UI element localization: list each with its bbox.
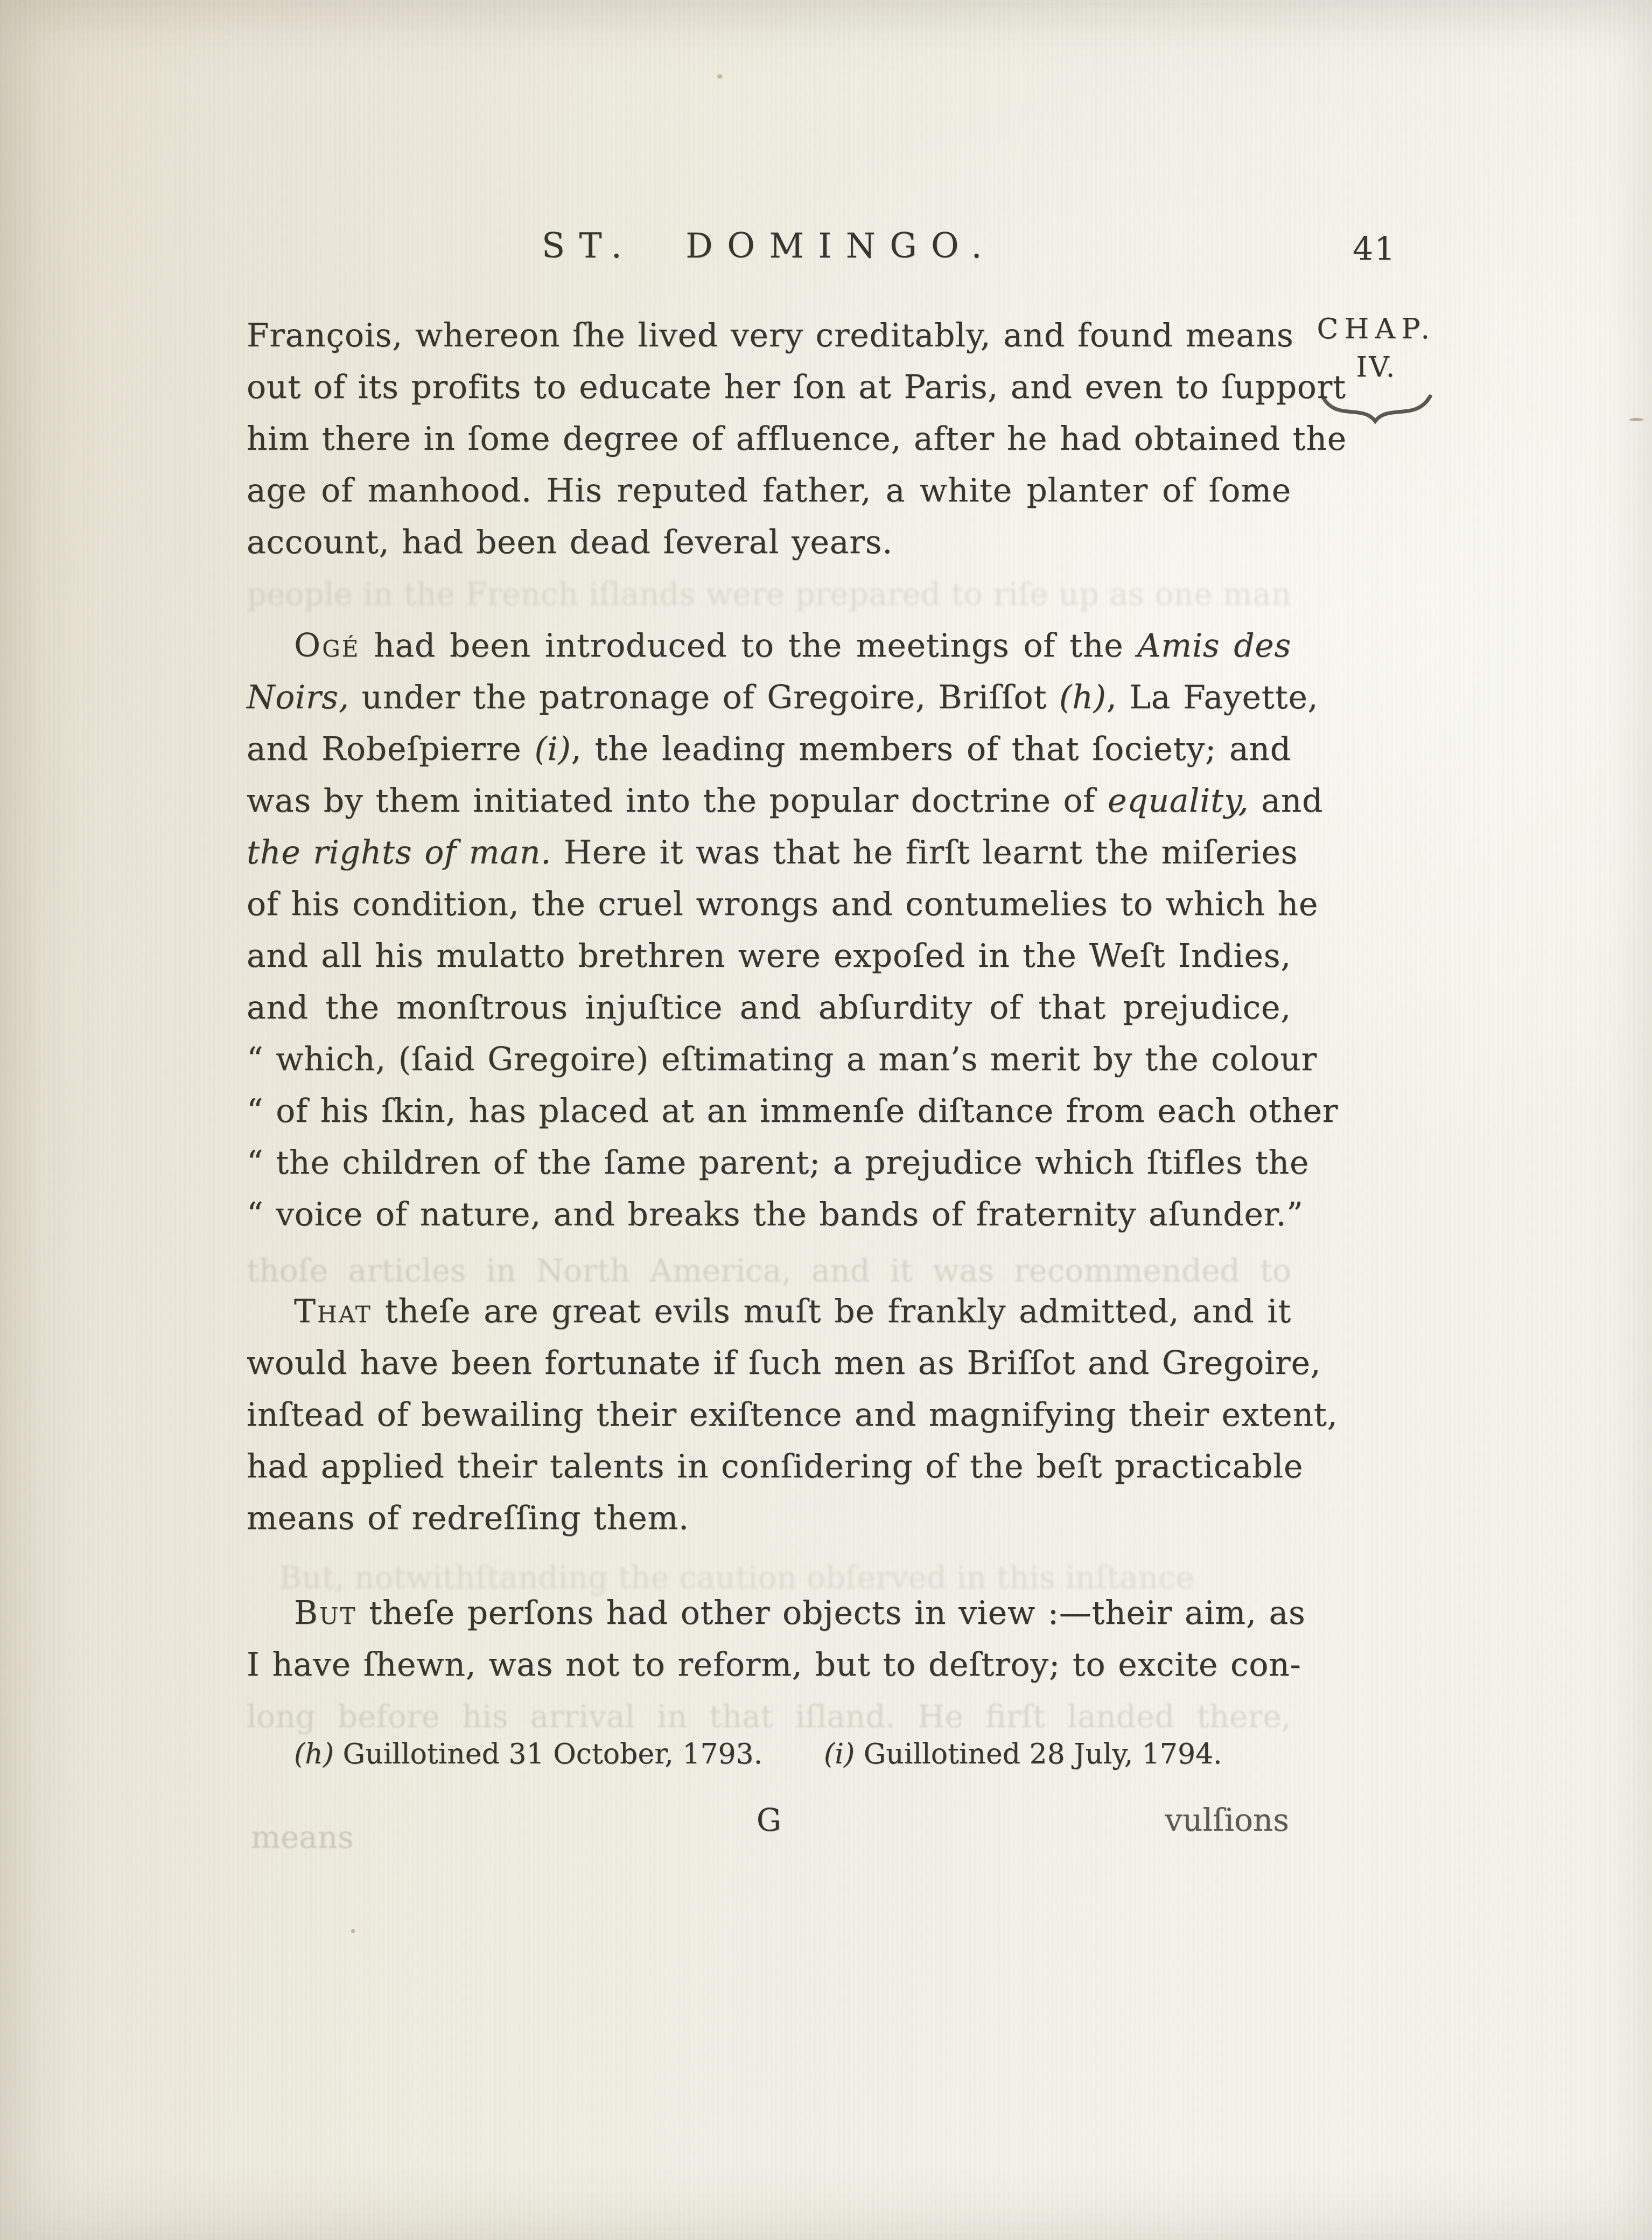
- text-segment: François, whereon ſhe lived very credita…: [247, 317, 1294, 354]
- text-line: I have ſhewn, was not to reform, but to …: [247, 1639, 1291, 1691]
- footnote-h: (h) Guillotined 31 October, 1793.: [294, 1733, 762, 1776]
- signature-row: G vulſions: [247, 1801, 1291, 1839]
- text-segment: and: [1249, 782, 1323, 820]
- text-segment: Ogé: [294, 627, 360, 665]
- footnote-i: (i) Guillotined 28 July, 1794.: [824, 1733, 1222, 1776]
- page-number: 41: [1353, 231, 1396, 268]
- text-segment: Here it was that he firſt learnt the miſ…: [551, 834, 1298, 871]
- text-segment: That: [294, 1293, 372, 1330]
- text-segment: and all his mulatto brethren were expoſe…: [247, 937, 1291, 975]
- text-line: Noirs, under the patronage of Gregoire, …: [247, 672, 1291, 723]
- catchword: vulſions: [1165, 1801, 1289, 1839]
- text-segment: had been introduced to the meetings of t…: [360, 627, 1137, 665]
- text-line: out of its profits to educate her ſon at…: [247, 361, 1291, 413]
- text-segment: out of its profits to educate her ſon at…: [247, 368, 1346, 406]
- text-segment: Noirs,: [247, 679, 349, 716]
- text-segment: “ which, (ſaid Gregoire) eſtimating a ma…: [247, 1041, 1317, 1078]
- text-line: would have been fortunate if ſuch men as…: [247, 1337, 1291, 1389]
- text-segment: “ voice of nature, and breaks the bands …: [247, 1196, 1304, 1233]
- text-segment: him there in ſome degree of affluence, a…: [247, 420, 1347, 458]
- text-segment: age of manhood. His reputed father, a wh…: [247, 472, 1291, 510]
- text-segment: was by them initiated into the popular d…: [247, 782, 1108, 820]
- text-line: and all his mulatto brethren were expoſe…: [247, 930, 1291, 982]
- signature-mark: G: [757, 1801, 781, 1839]
- text-line: the rights of man. Here it was that he f…: [247, 827, 1291, 878]
- text-line: “ the children of the ſame parent; a pre…: [247, 1137, 1291, 1189]
- text-line: “ voice of nature, and breaks the bands …: [247, 1189, 1291, 1240]
- text-segment: had applied their talents in conſidering…: [247, 1448, 1303, 1485]
- text-segment: would have been fortunate if ſuch men as…: [247, 1344, 1321, 1382]
- text-line: inſtead of bewailing their exiſtence and…: [247, 1389, 1291, 1441]
- text-segment: “ of his ſkin, has placed at an immenſe …: [247, 1092, 1338, 1130]
- text-segment: But: [294, 1594, 357, 1632]
- text-segment: Amis des: [1137, 627, 1291, 665]
- text-line: Ogé had been introduced to the meetings …: [247, 620, 1291, 672]
- text-line: But theſe perſons had other objects in v…: [247, 1587, 1291, 1639]
- running-header-title-left: ST.: [542, 226, 636, 266]
- text-segment: theſe are great evils muſt be frankly ad…: [372, 1293, 1291, 1330]
- text-segment: the rights of man.: [247, 834, 551, 871]
- text-line: François, whereon ſhe lived very credita…: [247, 310, 1291, 361]
- text-segment: equality,: [1108, 782, 1249, 820]
- book-page-scan: ST.DOMINGO. 41 CHAP. IV. François, where…: [0, 0, 1652, 2240]
- paper-speck: [1629, 418, 1643, 421]
- text-segment: means of redreſſing them.: [247, 1499, 689, 1537]
- text-line: and Robeſpierre (i), the leading members…: [247, 723, 1291, 775]
- text-segment: Guillotined 31 October, 1793.: [334, 1738, 762, 1770]
- text-segment: , the leading members of that ſociety; a…: [571, 730, 1291, 768]
- text-line: and the monſtrous injuſtice and abſurdit…: [247, 982, 1291, 1034]
- text-segment: I have ſhewn, was not to reform, but to …: [247, 1646, 1301, 1684]
- text-segment: inſtead of bewailing their exiſtence and…: [247, 1396, 1338, 1434]
- text-line: means of redreſſing them.: [247, 1492, 1291, 1544]
- body-text: François, whereon ſhe lived very credita…: [247, 310, 1291, 1691]
- text-segment: theſe perſons had other objects in view …: [357, 1594, 1306, 1632]
- text-line: age of manhood. His reputed father, a wh…: [247, 465, 1291, 517]
- text-segment: of his condition, the cruel wrongs and c…: [247, 885, 1318, 923]
- running-header-title-right: DOMINGO.: [685, 226, 996, 266]
- text-segment: (h): [294, 1738, 334, 1770]
- paragraph: François, whereon ſhe lived very credita…: [247, 310, 1291, 568]
- text-segment: “ the children of the ſame parent; a pre…: [247, 1144, 1309, 1182]
- text-line: of his condition, the cruel wrongs and c…: [247, 878, 1291, 930]
- paper-speck: [351, 1929, 355, 1933]
- page-footer-area: (h) Guillotined 31 October, 1793. (i) Gu…: [247, 1691, 1291, 1839]
- text-segment: under the patronage of Gregoire, Briſſot: [349, 679, 1059, 716]
- text-line: had applied their talents in conſidering…: [247, 1441, 1291, 1492]
- text-segment: and the monſtrous injuſtice and abſurdit…: [247, 989, 1291, 1027]
- text-line: was by them initiated into the popular d…: [247, 775, 1291, 827]
- text-line: him there in ſome degree of affluence, a…: [247, 413, 1291, 465]
- paragraph: Ogé had been introduced to the meetings …: [247, 620, 1291, 1240]
- text-segment: account, had been dead ſeveral years.: [247, 524, 893, 561]
- paragraph: But theſe perſons had other objects in v…: [247, 1587, 1291, 1691]
- paragraph: That theſe are great evils muſt be frank…: [247, 1286, 1291, 1544]
- paper-speck: [717, 74, 723, 79]
- text-segment: (i): [824, 1738, 855, 1770]
- running-header: ST.DOMINGO.: [247, 226, 1291, 266]
- text-segment: Guillotined 28 July, 1794.: [855, 1738, 1222, 1770]
- text-segment: (i): [534, 730, 571, 768]
- text-segment: and Robeſpierre: [247, 730, 534, 768]
- text-line: “ of his ſkin, has placed at an immenſe …: [247, 1085, 1291, 1137]
- text-line: “ which, (ſaid Gregoire) eſtimating a ma…: [247, 1034, 1291, 1085]
- footnotes: (h) Guillotined 31 October, 1793. (i) Gu…: [247, 1733, 1291, 1776]
- chapter-label: CHAP.: [1307, 311, 1445, 347]
- text-line: That theſe are great evils muſt be frank…: [247, 1286, 1291, 1337]
- text-line: account, had been dead ſeveral years.: [247, 517, 1291, 568]
- text-segment: (h): [1059, 679, 1107, 716]
- text-segment: , La Fayette,: [1107, 679, 1319, 716]
